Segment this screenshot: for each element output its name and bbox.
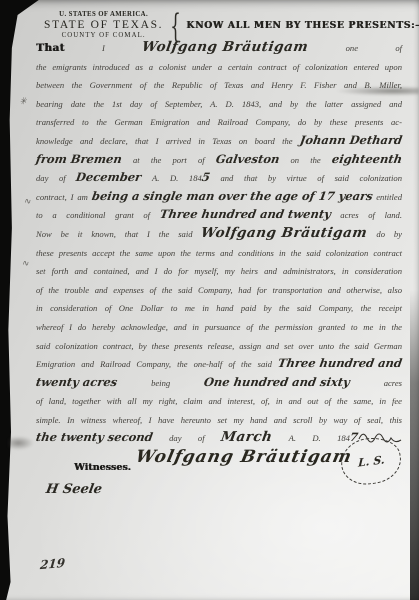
- printed-text: acres of land.: [331, 210, 402, 220]
- printed-text: day of: [153, 433, 221, 443]
- printed-text: A. D. 184: [272, 433, 350, 443]
- document-line: twenty acres being One hundred and sixty…: [36, 373, 402, 392]
- printed-text: and that by virtue of said colonization: [210, 173, 402, 183]
- ink-mark: ∿: [22, 256, 29, 270]
- document-line: from Bremen at the port of Galveston on …: [36, 150, 402, 169]
- printed-text: the emigrants introduced as a colonist u…: [36, 62, 402, 72]
- document-line: transferred to the German Emigration and…: [36, 112, 402, 131]
- handwritten-text: Three hundred and twenty: [158, 205, 332, 224]
- document-line: whereof I do hereby acknowledge, and in …: [36, 317, 402, 336]
- document-line: simple. In witness whereof, I have hereu…: [36, 410, 402, 429]
- printed-text: A. D. 184: [142, 173, 202, 183]
- document-line: day of December A. D. 1845 and that by v…: [36, 168, 402, 187]
- document-line: of the trouble and expenses of the said …: [36, 280, 402, 299]
- jurisdiction-block: U. STATES OF AMERICA. STATE OF TEXAS. CO…: [44, 11, 163, 39]
- handwritten-text: eighteenth: [330, 150, 403, 169]
- handwritten-text: from Bremen: [35, 150, 124, 169]
- printed-text: acres: [350, 378, 402, 388]
- printed-text: being: [117, 378, 204, 388]
- handwritten-text: Johann Dethard: [298, 131, 403, 150]
- handwritten-text: twenty acres: [35, 373, 119, 392]
- printed-text: simple. In witness whereof, I have hereu…: [36, 415, 402, 425]
- document-line: the twenty second day of March A. D. 184…: [36, 428, 402, 447]
- document-line: of land, together with all my right, cla…: [36, 391, 402, 410]
- handwritten-text: December: [75, 168, 143, 187]
- handwritten-text: March: [220, 428, 274, 447]
- ink-mark: ✳: [20, 94, 27, 108]
- principal-signature: Wolfgang Bräutigam: [134, 447, 354, 467]
- printed-text: do by: [368, 229, 403, 239]
- document-line: contract, I am being a single man over t…: [36, 187, 402, 206]
- document-line: said colonization contract, by these pre…: [36, 336, 402, 355]
- witness-signature: H Seele: [45, 482, 104, 497]
- printed-text: of land, together with all my right, cla…: [36, 396, 402, 406]
- printed-text: of the trouble and expenses of the said …: [36, 285, 402, 295]
- ink-smudge: [8, 436, 34, 450]
- handwritten-text: Three hundred and: [277, 354, 404, 373]
- printed-text: between the Government of the Republic o…: [36, 80, 402, 90]
- document-line: to a conditional grant of Three hundred …: [36, 205, 402, 224]
- handwritten-text: 5: [200, 168, 211, 187]
- handwritten-text: Wolfgang Bräutigam: [141, 38, 310, 57]
- printed-text: one of: [308, 43, 402, 53]
- document-line: in consideration of One Dollar to me in …: [36, 298, 402, 317]
- document-line: set forth and contained, and I do for my…: [36, 261, 402, 280]
- page-number: 219: [39, 556, 65, 572]
- printed-text: That: [36, 42, 65, 54]
- ink-mark: ∿: [24, 194, 31, 208]
- printed-text: at the port of: [122, 155, 216, 165]
- document-line: knowledge and declare, that I arrived in…: [36, 131, 402, 150]
- country-line: U. STATES OF AMERICA.: [44, 11, 163, 18]
- printed-text: Emigration and Railroad Company, the one…: [36, 359, 278, 369]
- printed-text: transferred to the German Emigration and…: [36, 117, 402, 127]
- printed-text: these presents accept the same upon the …: [36, 248, 402, 258]
- printed-text: entitled: [372, 192, 402, 202]
- scan-edge-right: [410, 290, 419, 600]
- handwritten-text: being a single man over the age of 17 ye…: [90, 187, 374, 206]
- proclamation-text: KNOW ALL MEN BY THESE PRESENTS:—: [186, 20, 419, 31]
- printed-text: said colonization contract, by these pre…: [36, 341, 402, 351]
- document-line: between the Government of the Republic o…: [36, 75, 402, 94]
- printed-text: Now be it known, that I the said: [36, 229, 201, 239]
- printed-text: day of: [36, 173, 76, 183]
- document-line: Emigration and Railroad Company, the one…: [36, 354, 402, 373]
- document-line: Now be it known, that I the said Wolfgan…: [36, 224, 402, 243]
- handwritten-text: One hundred and sixty: [203, 373, 352, 392]
- document-line: these presents accept the same upon the …: [36, 243, 402, 262]
- printed-text: contract, I am: [36, 192, 92, 202]
- printed-text: in consideration of One Dollar to me in …: [36, 303, 402, 313]
- handwritten-text: the twenty second: [35, 428, 155, 447]
- witnesses-label: Witnesses.: [74, 462, 131, 473]
- printed-text: to a conditional grant of: [36, 210, 160, 220]
- printed-text: knowledge and declare, that I arrived in…: [36, 136, 300, 146]
- handwritten-text: Galveston: [214, 150, 280, 169]
- state-line: STATE OF TEXAS.: [44, 19, 163, 31]
- document-header: U. STATES OF AMERICA. STATE OF TEXAS. CO…: [44, 11, 406, 41]
- document-line: That I Wolfgang Bräutigam one of: [36, 38, 402, 57]
- printed-text: I: [65, 43, 143, 53]
- document-line: the emigrants introduced as a colonist u…: [36, 57, 402, 76]
- printed-text: bearing date the 1st day of September, A…: [36, 99, 402, 109]
- printed-text: whereof I do hereby acknowledge, and in …: [36, 322, 402, 332]
- printed-text: on the: [279, 155, 332, 165]
- scanned-document-page: ✳ ∿ ∿ U. STATES OF AMERICA. STATE OF TEX…: [0, 0, 419, 600]
- seal-text: L. S.: [357, 453, 384, 469]
- printed-text: set forth and contained, and I do for my…: [36, 266, 402, 276]
- handwritten-text: Wolfgang Bräutigam: [200, 224, 369, 243]
- brace-glyph: {: [171, 11, 182, 41]
- document-body: That I Wolfgang Bräutigam one ofthe emig…: [36, 38, 402, 447]
- document-line: bearing date the 1st day of September, A…: [36, 94, 402, 113]
